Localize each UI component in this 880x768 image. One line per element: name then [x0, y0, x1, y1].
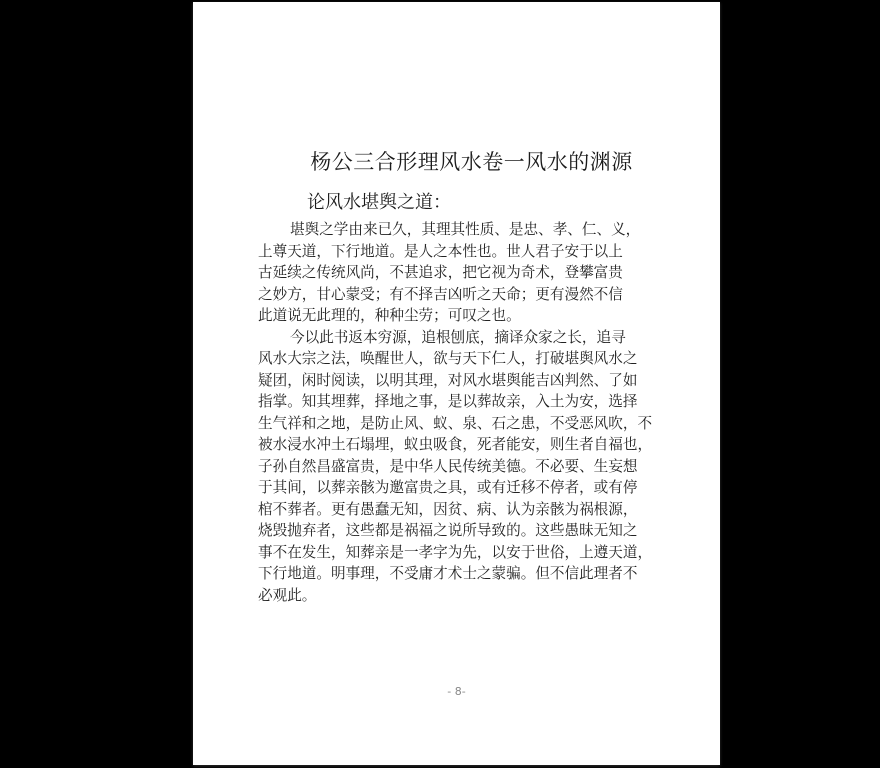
text-line: 之妙方，甘心蒙受；有不择吉凶听之天命；更有漫然不信: [258, 284, 660, 306]
text-line: 上尊天道，下行地道。是人之本性也。世人君子安于以上: [258, 241, 660, 263]
body-text: 堪舆之学由来已久，其理其性质、是忠、孝、仁、义， 上尊天道，下行地道。是人之本性…: [258, 219, 660, 606]
document-page: 杨公三合形理风水卷一风水的渊源 论风水堪舆之道： 堪舆之学由来已久，其理其性质、…: [193, 2, 720, 765]
text-line: 堪舆之学由来已久，其理其性质、是忠、孝、仁、义，: [258, 219, 660, 241]
page-title: 杨公三合形理风水卷一风水的渊源: [193, 146, 720, 176]
text-line: 风水大宗之法，唤醒世人，欲与天下仁人，打破堪舆风水之: [258, 348, 660, 370]
text-line: 烧毁抛弃者，这些都是祸福之说所导致的。这些愚昧无知之: [258, 520, 660, 542]
text-line: 棺不葬者。更有愚蠢无知，因贫、病、认为亲骸为祸根源，: [258, 499, 660, 521]
text-line: 子孙自然昌盛富贵，是中华人民传统美德。不必要、生妄想: [258, 456, 660, 478]
text-line: 生气祥和之地，是防止风、蚁、泉、石之患，不受恶风吹，不: [258, 413, 660, 435]
text-line: 事不在发生，知葬亲是一孝字为先，以安于世俗，上遵天道，: [258, 542, 660, 564]
text-line: 疑团，闲时阅读，以明其理，对风水堪舆能吉凶判然、了如: [258, 370, 660, 392]
text-line: 古延续之传统风尚，不甚追求，把它视为奇术，登攀富贵: [258, 262, 660, 284]
text-line: 必观此。: [258, 585, 660, 607]
text-line: 此道说无此理的，种种尘劳；可叹之也。: [258, 305, 660, 327]
text-line: 于其间，以葬亲骸为邀富贵之具，或有迁移不停者，或有停: [258, 477, 660, 499]
text-line: 下行地道。明事理，不受庸才术士之蒙骗。但不信此理者不: [258, 563, 660, 585]
section-heading: 论风水堪舆之道：: [307, 188, 451, 214]
text-line: 指掌。知其埋葬，择地之事，是以葬故亲，入土为安，选择: [258, 391, 660, 413]
text-line: 今以此书返本穷源，追根刨底，摘译众家之长，追寻: [258, 327, 660, 349]
text-line: 被水浸水冲土石塌埋，蚁虫吸食，死者能安，则生者自福也，: [258, 434, 660, 456]
page-number: - 8-: [193, 685, 720, 698]
